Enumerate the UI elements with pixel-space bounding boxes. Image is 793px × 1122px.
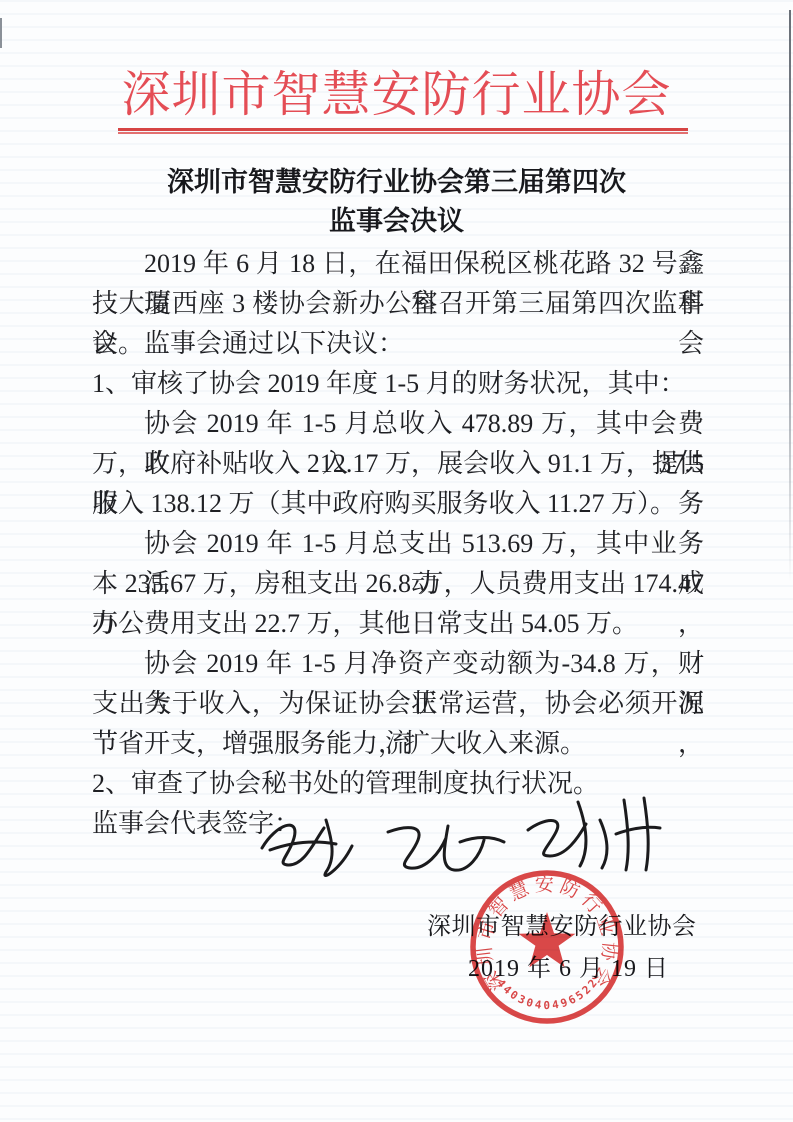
body-line: 技大厦西座 3 楼协会新办公室召开第三届第四次监事会会 — [92, 284, 704, 324]
seal-number: 4403040496522 — [494, 975, 601, 1012]
letterhead-title: 深圳市智慧安防行业协会 — [0, 56, 793, 126]
star-icon — [519, 912, 576, 967]
body-line: 1、审核了协会 2019 年度 1-5 月的财务状况，其中： — [92, 364, 704, 404]
signature-2 — [388, 826, 504, 870]
official-seal: 深圳市智慧安防行业协会 4403040496522 — [464, 866, 630, 1030]
scan-edge-artifact-left — [0, 18, 2, 48]
body-line: 万，政府补贴收入 212.17 万，展会收入 91.1 万，提供服务 — [92, 444, 704, 484]
signature-1 — [262, 820, 352, 876]
document-title-line1: 深圳市智慧安防行业协会第三届第四次 — [0, 160, 793, 199]
body-line: 本 235.67 万，房租支出 26.8 万，人员费用支出 174.47 万， — [92, 564, 704, 604]
body-line: 协会 2019 年 1-5 月总支出 513.69 万，其中业务活动成 — [92, 524, 704, 564]
body-line: 协会 2019 年 1-5 月净资产变动额为-34.8 万，财务状况 — [92, 644, 704, 684]
body-line: 2019 年 6 月 18 日，在福田保税区桃花路 32 号鑫瑞科科 — [92, 244, 704, 284]
body-line: 协会 2019 年 1-5 月总收入 478.89 万，其中会费收入 37.5 — [92, 404, 704, 444]
document-body: 2019 年 6 月 18 日，在福田保税区桃花路 32 号鑫瑞科科 技大厦西座… — [92, 244, 704, 844]
scanned-document-page: 深圳市智慧安防行业协会 深圳市智慧安防行业协会第三届第四次 监事会决议 2019… — [0, 0, 793, 1122]
divider-line-top — [118, 128, 688, 131]
document-title-line2: 监事会决议 — [0, 199, 793, 238]
divider-line-bottom — [118, 132, 688, 134]
signature-3 — [528, 798, 660, 870]
body-line: 办公费用支出 22.7 万，其他日常支出 54.05 万。 — [92, 604, 704, 644]
letterhead-divider — [118, 128, 688, 135]
scan-edge-artifact-right — [789, 10, 791, 582]
body-line: 收入 138.12 万（其中政府购买服务收入 11.27 万）。 — [92, 484, 704, 524]
body-line: 支出大于收入，为保证协会正常运营，协会必须开源节流， — [92, 684, 704, 724]
